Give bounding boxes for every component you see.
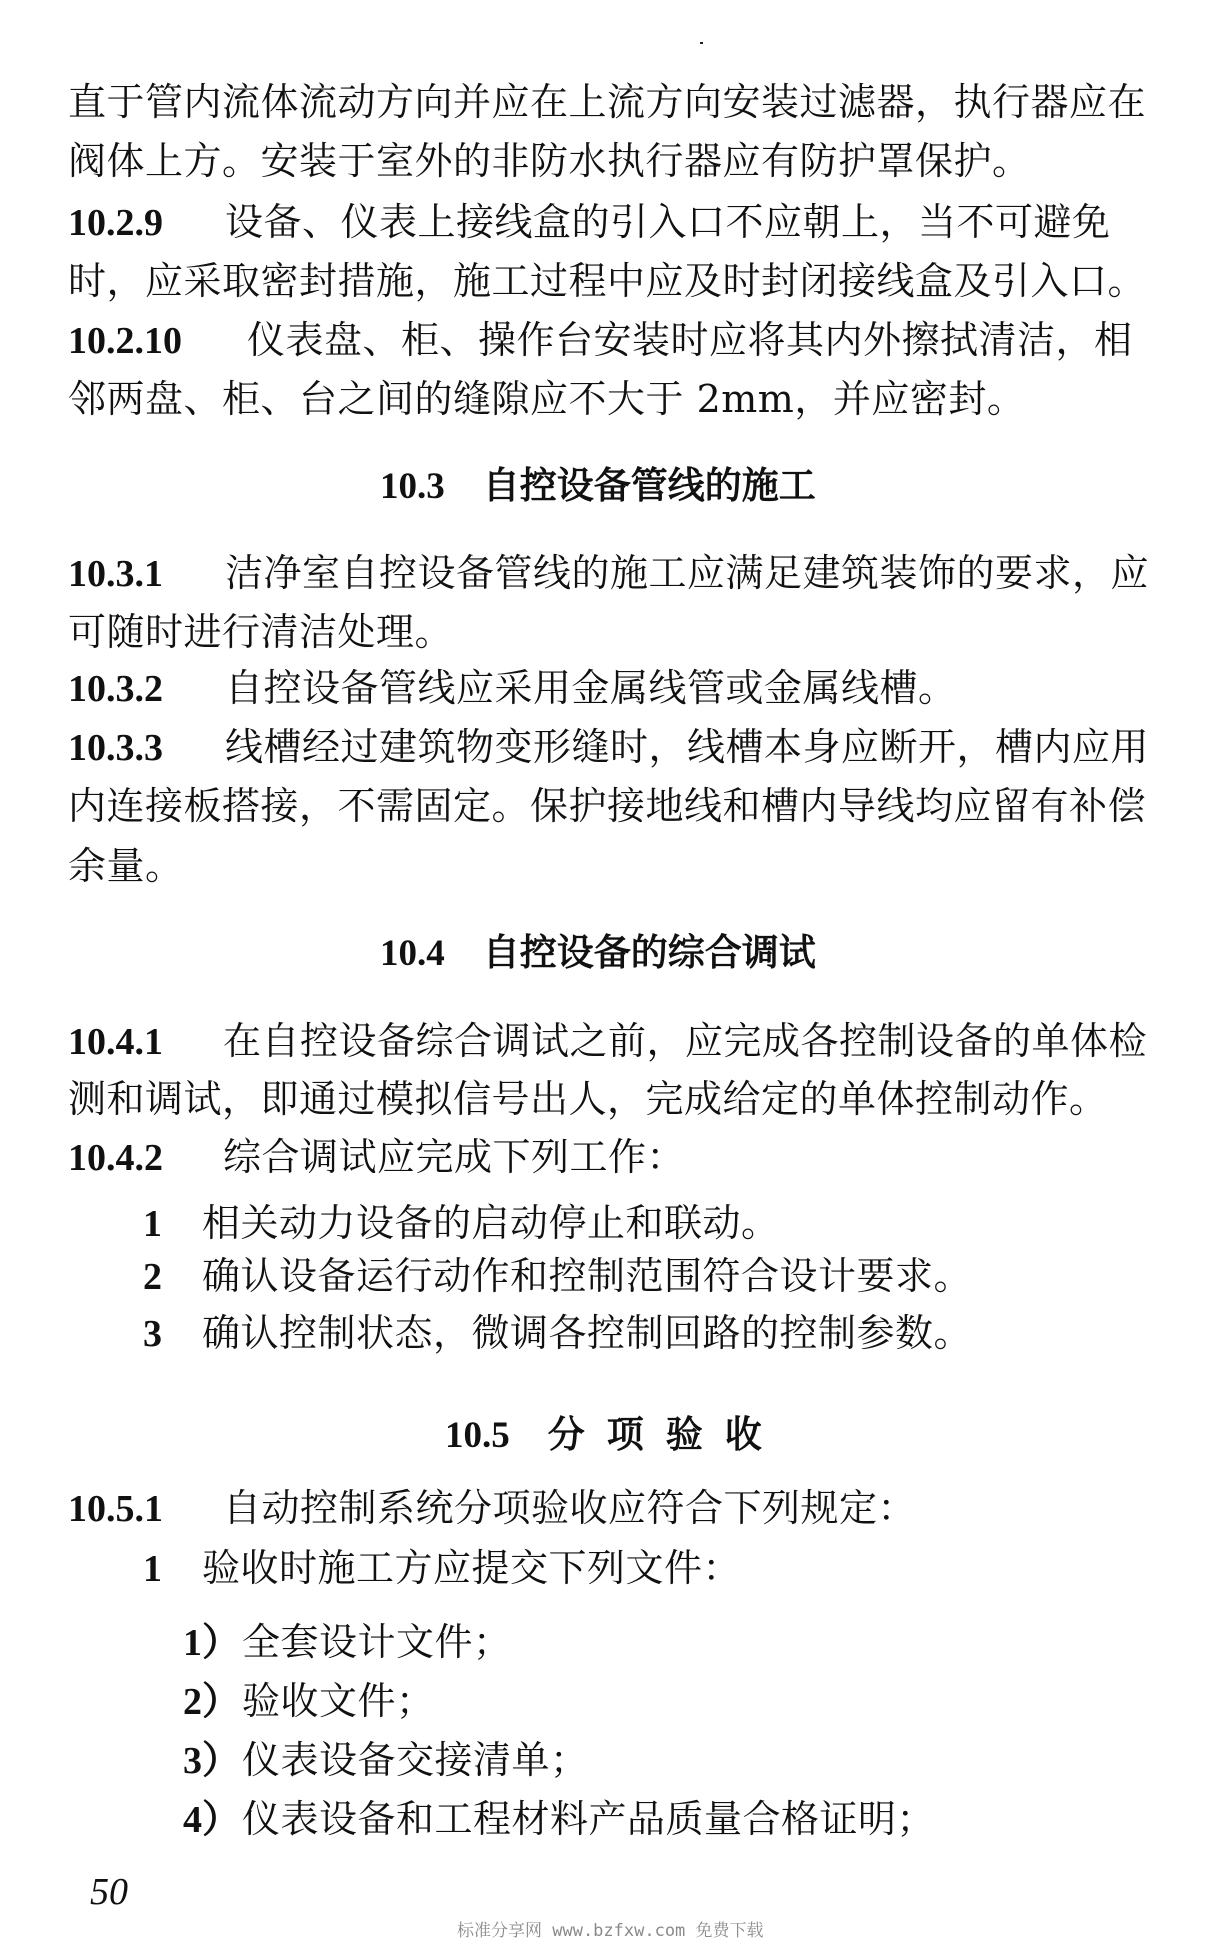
clause-10-3-2: 10.3.2 自控设备管线应采用金属线管或金属线槽。	[68, 668, 163, 709]
clause-text: 自动控制系统分项验收应符合下列规定：	[223, 1488, 916, 1528]
subitem-text: 仪表设备交接清单；	[242, 1740, 589, 1780]
item-number: 2	[143, 1256, 162, 1298]
item-number: 3	[143, 1313, 162, 1355]
clause-text: 仪表盘、柜、操作台安装时应将其内外擦拭清洁，相	[247, 320, 1133, 360]
page-number: 50	[90, 1872, 128, 1912]
clause-10-2-9: 10.2.9 设备、仪表上接线盒的引入口不应朝上，当不可避免	[68, 202, 163, 243]
paragraph-line: 可随时进行清洁处理。	[68, 612, 453, 652]
clause-10-5-1: 10.5.1 自动控制系统分项验收应符合下列规定：	[68, 1488, 163, 1529]
paragraph-line: 邻两盘、柜、台之间的缝隙应不大于 2mm，并应密封。	[68, 379, 1025, 419]
clause-text: 在自控设备综合调试之前，应完成各控制设备的单体检	[223, 1021, 1147, 1061]
item-text: 相关动力设备的启动停止和联动。	[202, 1203, 780, 1243]
clause-text: 设备、仪表上接线盒的引入口不应朝上，当不可避免	[225, 202, 1111, 242]
paragraph-line: 直于管内流体流动方向并应在上流方向安装过滤器，执行器应在	[68, 82, 1146, 122]
subitem-number: 4）	[183, 1799, 240, 1841]
clause-number: 10.3.1	[68, 553, 163, 595]
clause-text: 自控设备管线应采用金属线管或金属线槽。	[225, 668, 957, 708]
sub-list-item: 1） 全套设计文件；	[183, 1622, 240, 1663]
clause-number: 10.4.1	[68, 1021, 163, 1063]
section-heading-10-5: 10.5分项验收	[445, 1415, 784, 1456]
clause-10-4-2: 10.4.2 综合调试应完成下列工作：	[68, 1137, 163, 1178]
list-item: 1 相关动力设备的启动停止和联动。	[143, 1203, 162, 1244]
clause-text: 综合调试应完成下列工作：	[223, 1137, 685, 1177]
subitem-text: 验收文件；	[242, 1681, 435, 1721]
scan-speck	[700, 42, 703, 44]
clause-10-3-3: 10.3.3 线槽经过建筑物变形缝时，线槽本身应断开，槽内应用	[68, 727, 163, 768]
list-item: 1 验收时施工方应提交下列文件：	[143, 1548, 162, 1589]
sub-list-item: 2） 验收文件；	[183, 1681, 240, 1722]
watermark: 标准分享网 www.bzfxw.com 免费下载	[457, 1920, 764, 1942]
clause-number: 10.2.10	[68, 320, 182, 362]
section-number: 10.4	[380, 933, 445, 974]
paragraph-line: 测和调试，即通过模拟信号出人，完成给定的单体控制动作。	[68, 1079, 1108, 1119]
item-number: 1	[143, 1203, 162, 1245]
paragraph-line: 内连接板搭接，不需固定。保护接地线和槽内导线均应留有补偿	[68, 786, 1146, 826]
item-text: 确认设备运行动作和控制范围符合设计要求。	[202, 1256, 972, 1296]
paragraph-line: 余量。	[68, 846, 184, 886]
clause-number: 10.5.1	[68, 1488, 163, 1530]
sub-list-item: 3） 仪表设备交接清单；	[183, 1740, 240, 1781]
subitem-text: 仪表设备和工程材料产品质量合格证明；	[242, 1799, 935, 1839]
list-item: 3 确认控制状态，微调各控制回路的控制参数。	[143, 1313, 162, 1354]
paragraph-line: 时，应采取密封措施，施工过程中应及时封闭接线盒及引入口。	[68, 261, 1146, 301]
clause-text: 线槽经过建筑物变形缝时，线槽本身应断开，槽内应用	[225, 727, 1149, 767]
clause-number: 10.4.2	[68, 1137, 163, 1179]
sub-list-item: 4） 仪表设备和工程材料产品质量合格证明；	[183, 1799, 240, 1840]
section-heading-10-3: 10.3自控设备管线的施工	[380, 466, 816, 507]
paragraph-line: 阀体上方。安装于室外的非防水执行器应有防护罩保护。	[68, 141, 1031, 181]
section-title: 自控设备的综合调试	[483, 931, 816, 974]
clause-10-3-1: 10.3.1 洁净室自控设备管线的施工应满足建筑装饰的要求，应	[68, 553, 163, 594]
clause-10-2-10: 10.2.10 仪表盘、柜、操作台安装时应将其内外擦拭清洁，相	[68, 320, 182, 361]
section-heading-10-4: 10.4自控设备的综合调试	[380, 933, 816, 974]
subitem-text: 全套设计文件；	[242, 1622, 512, 1662]
clause-10-4-1: 10.4.1 在自控设备综合调试之前，应完成各控制设备的单体检	[68, 1021, 163, 1062]
subitem-number: 2）	[183, 1681, 240, 1723]
clause-number: 10.3.3	[68, 727, 163, 769]
section-title: 自控设备管线的施工	[483, 464, 816, 507]
item-number: 1	[143, 1548, 162, 1590]
clause-number: 10.3.2	[68, 668, 163, 710]
clause-text: 洁净室自控设备管线的施工应满足建筑装饰的要求，应	[225, 553, 1149, 593]
section-title: 分项验收	[548, 1413, 784, 1456]
item-text: 确认控制状态，微调各控制回路的控制参数。	[202, 1313, 972, 1353]
item-text: 验收时施工方应提交下列文件：	[202, 1548, 741, 1588]
section-number: 10.3	[380, 466, 445, 507]
clause-number: 10.2.9	[68, 202, 163, 244]
subitem-number: 1）	[183, 1622, 240, 1664]
subitem-number: 3）	[183, 1740, 240, 1782]
section-number: 10.5	[445, 1415, 510, 1456]
list-item: 2 确认设备运行动作和控制范围符合设计要求。	[143, 1256, 162, 1297]
